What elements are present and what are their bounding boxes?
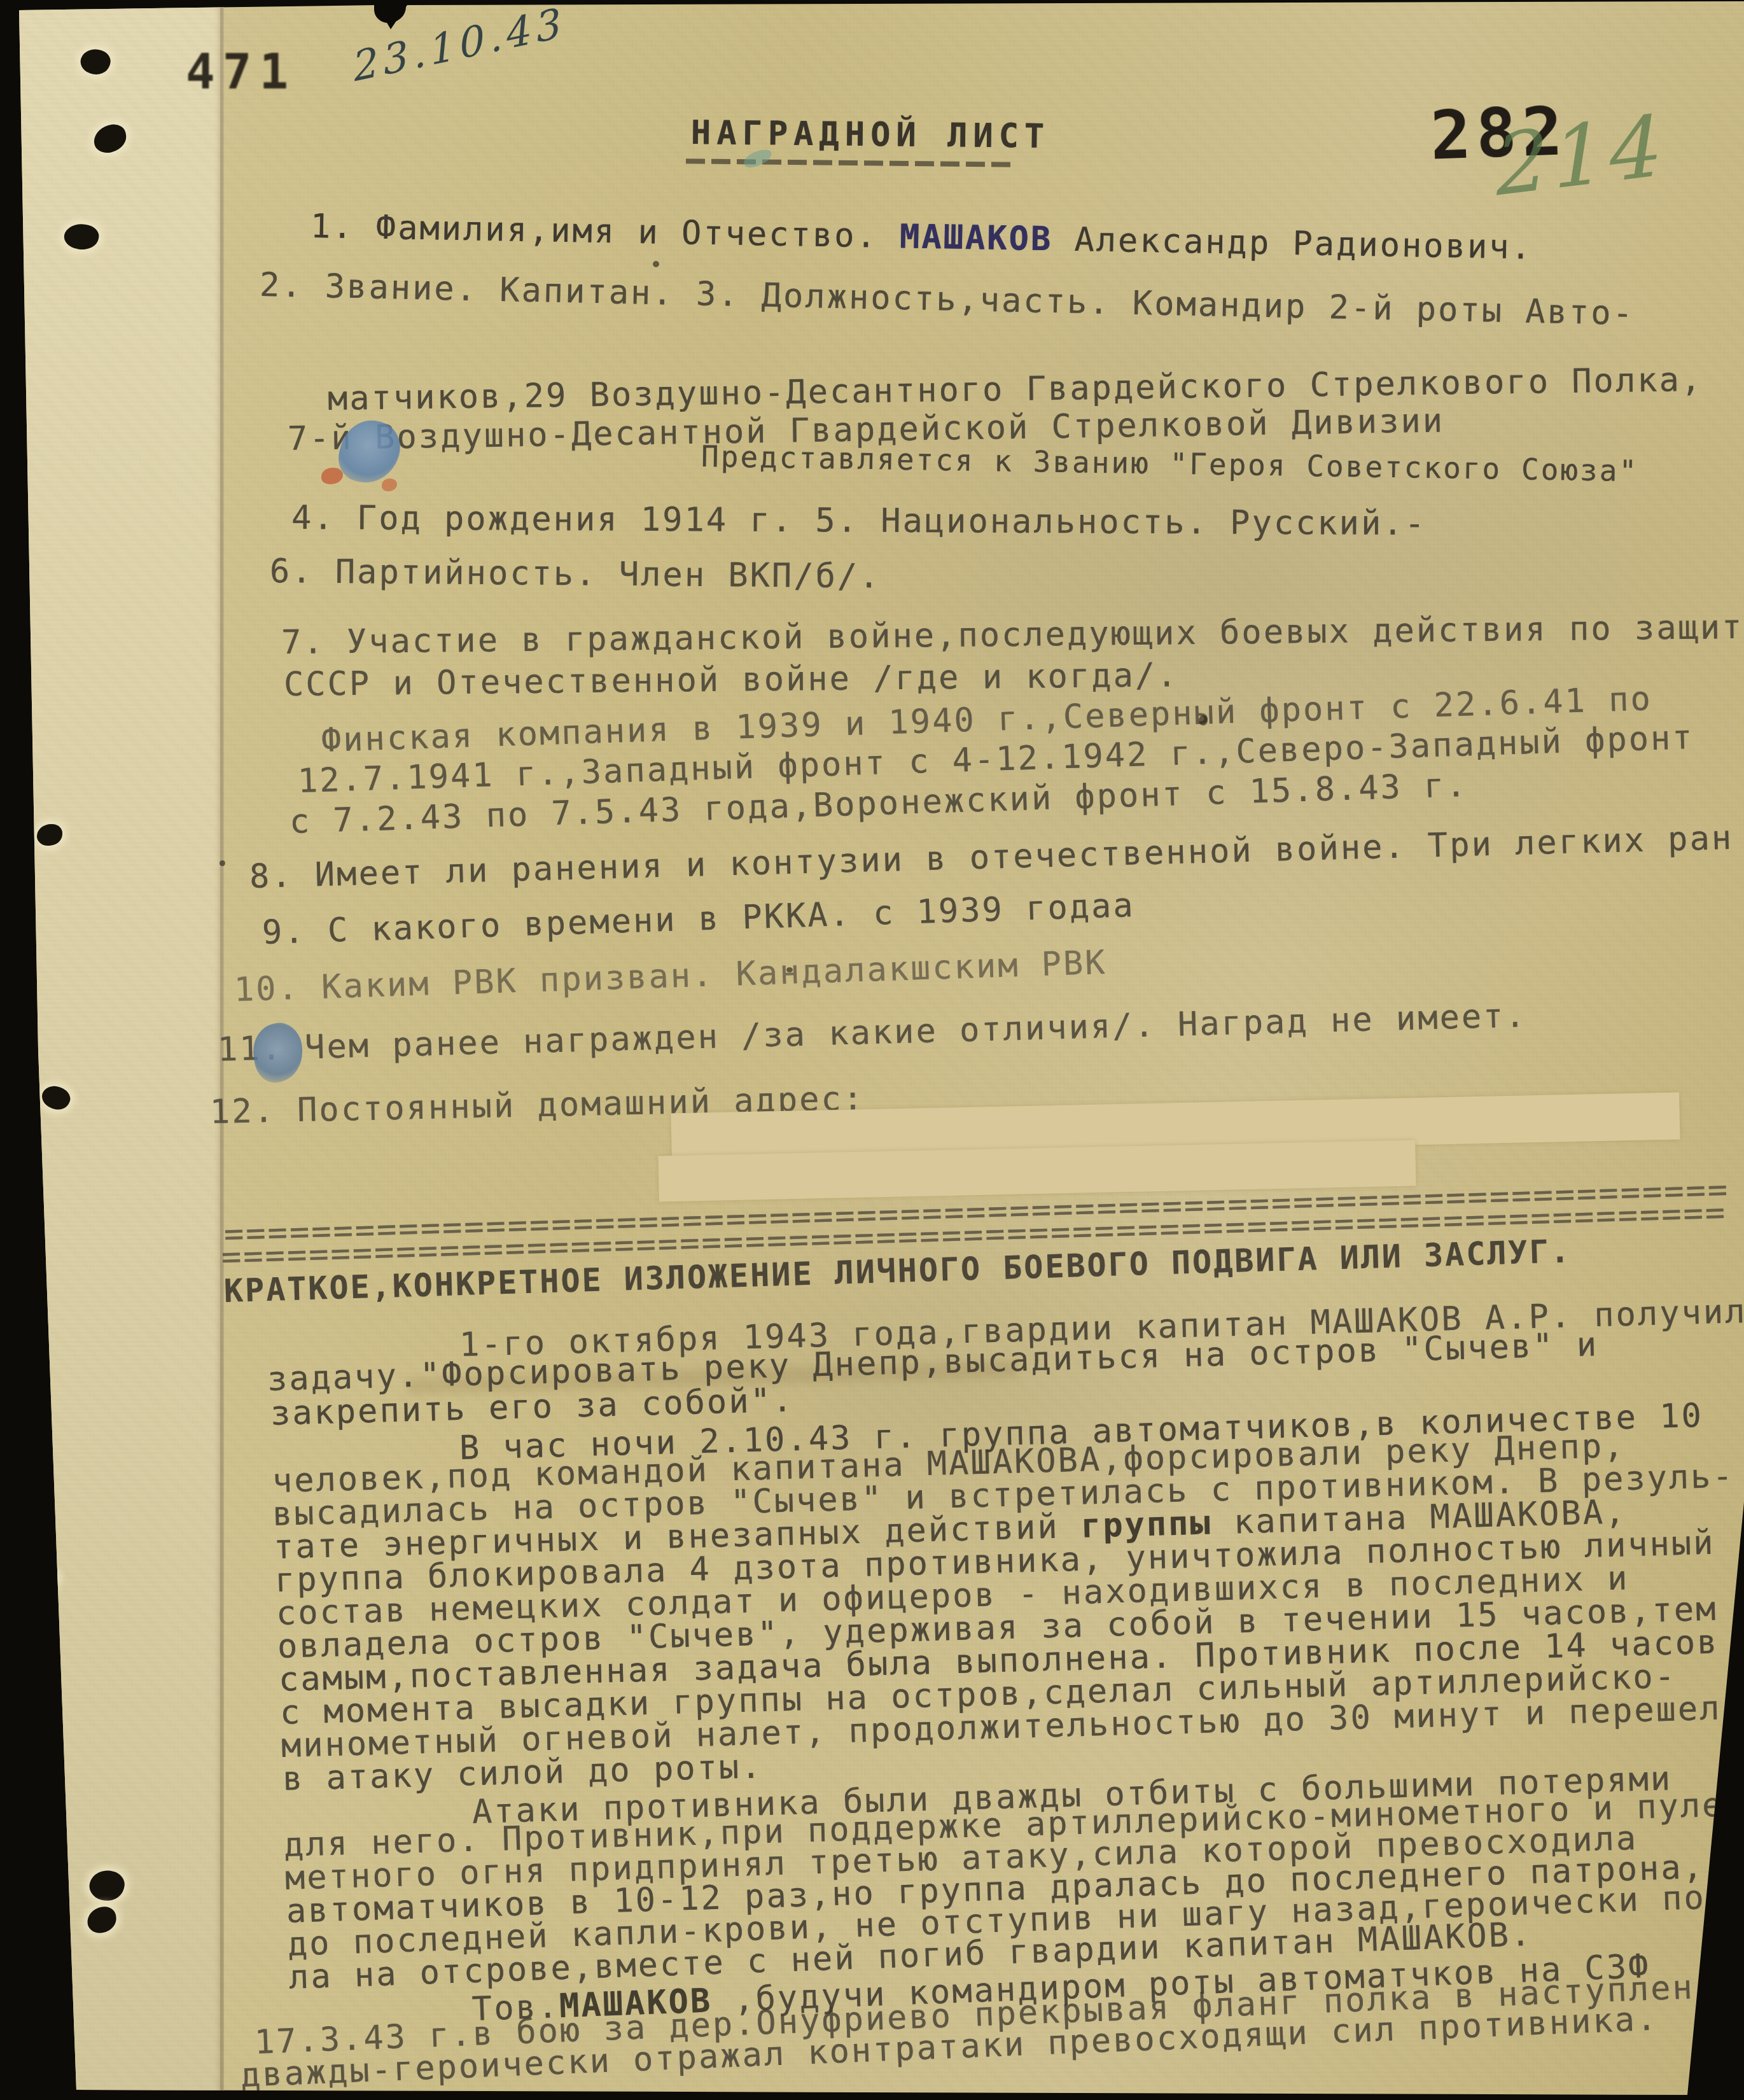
dirt-speck bbox=[1199, 715, 1208, 725]
ink-blot-red bbox=[321, 468, 343, 484]
punch-hole bbox=[24, 1894, 53, 1921]
field-7a: 7. Участие в гражданской войне,последующ… bbox=[281, 608, 1744, 662]
field-6: 6. Партийность. Член ВКП/б/. bbox=[270, 552, 881, 596]
paper-sheet: ПАМЯТЬ НАРОДАПАМЯТЬ НАРОДАПАМЯТЬ НАРОДАП… bbox=[0, 0, 1744, 2100]
number-stamp-left: 471 bbox=[186, 43, 296, 100]
punch-hole bbox=[32, 1569, 57, 1591]
field-1: 1. Фамилия,имя и Отчество. МАШАКОВ Алекс… bbox=[310, 207, 1533, 267]
field-11: 11. Чем ранее награжден /за какие отличи… bbox=[217, 997, 1527, 1069]
document-title: НАГРАДНОЙ ЛИСТ bbox=[691, 114, 1050, 156]
document-scan: ПАМЯТЬ НАРОДАПАМЯТЬ НАРОДАПАМЯТЬ НАРОДАП… bbox=[0, 0, 1744, 2100]
field-4-5: 4. Год рождения 1914 г. 5. Национальност… bbox=[291, 499, 1427, 543]
handwritten-page-number-green: 214 bbox=[1494, 96, 1668, 215]
title-underline bbox=[686, 158, 1017, 167]
dirt-speck bbox=[25, 1361, 36, 1368]
dirt-speck bbox=[653, 261, 659, 267]
ink-blot-red-2 bbox=[382, 479, 397, 491]
presentation-line: Представляется к Званию "Героя Советског… bbox=[701, 439, 1639, 488]
dirt-speck bbox=[786, 967, 793, 972]
left-margin-strip bbox=[0, 0, 224, 2100]
field-2-3: 2. Звание. Капитан. 3. Должность,часть. … bbox=[259, 266, 1635, 333]
field-10: 10. Каким РВК призван. Кандалакшским РВК bbox=[234, 944, 1107, 1009]
field-7b: СССР и Отечественной войне /где и когда/… bbox=[284, 656, 1179, 704]
overwritten-name: МАШАКОВ bbox=[900, 218, 1053, 258]
field-9: 9. С какого времени в РККА. с 1939 годаа bbox=[262, 886, 1135, 952]
dirt-speck bbox=[220, 860, 225, 866]
